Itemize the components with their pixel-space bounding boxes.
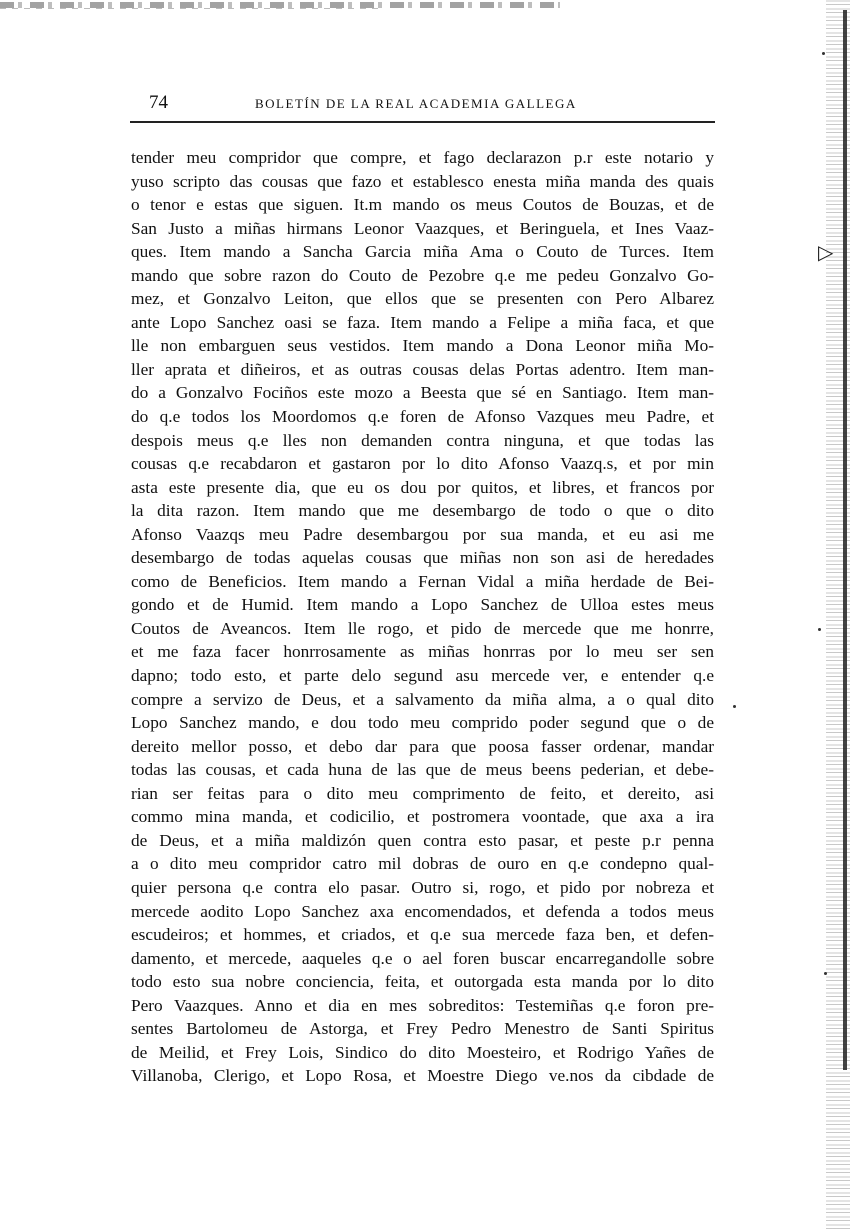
text-line: mez, et Gonzalvo Leiton, que ellos que s… (131, 287, 714, 311)
text-line: do q.e todos los Moordomos q.e foren de … (131, 405, 714, 429)
text-line: a o dito meu compridor catro mil dobras … (131, 852, 714, 876)
text-line: dereito mellor posso, et debo dar para q… (131, 735, 714, 759)
text-line: lle non embarguen seus vestidos. Item ma… (131, 334, 714, 358)
text-line: escudeiros; et hommes, et criados, et q.… (131, 923, 714, 947)
text-line: de Deus, et a miña maldizón quen contra … (131, 829, 714, 853)
text-line: la dita razon. Item mando que me desemba… (131, 499, 714, 523)
page-binding-shadow (843, 10, 847, 1070)
margin-dot (818, 628, 821, 631)
margin-arrow-icon: ▷ (818, 240, 833, 265)
text-line: asta este presente dia, que eu os dou po… (131, 476, 714, 500)
text-line: mercede aodito Lopo Sanchez axa encomend… (131, 900, 714, 924)
text-line: et me faza facer honrrosamente as miñas … (131, 640, 714, 664)
text-line: como de Beneficios. Item mando a Fernan … (131, 570, 714, 594)
text-line: gondo et de Humid. Item mando a Lopo San… (131, 593, 714, 617)
text-line: despois meus q.e lles non demanden contr… (131, 429, 714, 453)
text-line: o tenor e estas que siguen. It.m mando o… (131, 193, 714, 217)
margin-dot (733, 705, 736, 708)
text-line: ques. Item mando a Sancha Garcia miña Am… (131, 240, 714, 264)
text-line: compre a servizo de Deus, et a salvament… (131, 688, 714, 712)
header-rule (130, 121, 715, 123)
page-header: 74 BOLETÍN DE LA REAL ACADEMIA GALLEGA (145, 92, 715, 122)
running-title: BOLETÍN DE LA REAL ACADEMIA GALLEGA (255, 96, 577, 112)
text-line: sentes Bartolomeu de Astorga, et Frey Pe… (131, 1017, 714, 1041)
text-line: Afonso Vaazqs meu Padre desembargou por … (131, 523, 714, 547)
text-line: commo mina manda, et codicilio, et postr… (131, 805, 714, 829)
text-line: todas las cousas, et cada huna de las qu… (131, 758, 714, 782)
text-line: dapno; todo esto, et parte delo segund a… (131, 664, 714, 688)
text-line: Coutos de Aveancos. Item lle rogo, et pi… (131, 617, 714, 641)
text-line: todo esto sua nobre conciencia, feita, e… (131, 970, 714, 994)
text-line: tender meu compridor que compre, et fago… (131, 146, 714, 170)
text-line: desembargo de todas aquelas cousas que m… (131, 546, 714, 570)
page-number: 74 (149, 92, 168, 114)
margin-dot (822, 52, 825, 55)
text-line: Lopo Sanchez mando, e dou todo meu compr… (131, 711, 714, 735)
text-line: mando que sobre razon do Couto de Pezobr… (131, 264, 714, 288)
text-line: quier persona q.e contra elo pasar. Outr… (131, 876, 714, 900)
text-line: Villanoba, Clerigo, et Lopo Rosa, et Moe… (131, 1064, 714, 1088)
text-line: damento, et mercede, aaqueles q.e o ael … (131, 947, 714, 971)
document-body: tender meu compridor que compre, et fago… (131, 146, 714, 1088)
text-line: rian ser feitas para o dito meu comprime… (131, 782, 714, 806)
margin-dot (824, 972, 827, 975)
text-line: ller aprata et diñeiros, et as outras co… (131, 358, 714, 382)
text-line: Pero Vaazques. Anno et dia en mes sobred… (131, 994, 714, 1018)
text-line: San Justo a miñas hirmans Leonor Vaazque… (131, 217, 714, 241)
text-line: ante Lopo Sanchez oasi se faza. Item man… (131, 311, 714, 335)
text-line: cousas q.e recabdaron et gastaron por lo… (131, 452, 714, 476)
scan-artifact-top-2 (0, 8, 380, 9)
text-line: do a Gonzalvo Fociños este mozo a Beesta… (131, 381, 714, 405)
text-line: yuso scripto das cousas que fazo et esta… (131, 170, 714, 194)
text-line: de Meilid, et Frey Lois, Sindico do dito… (131, 1041, 714, 1065)
